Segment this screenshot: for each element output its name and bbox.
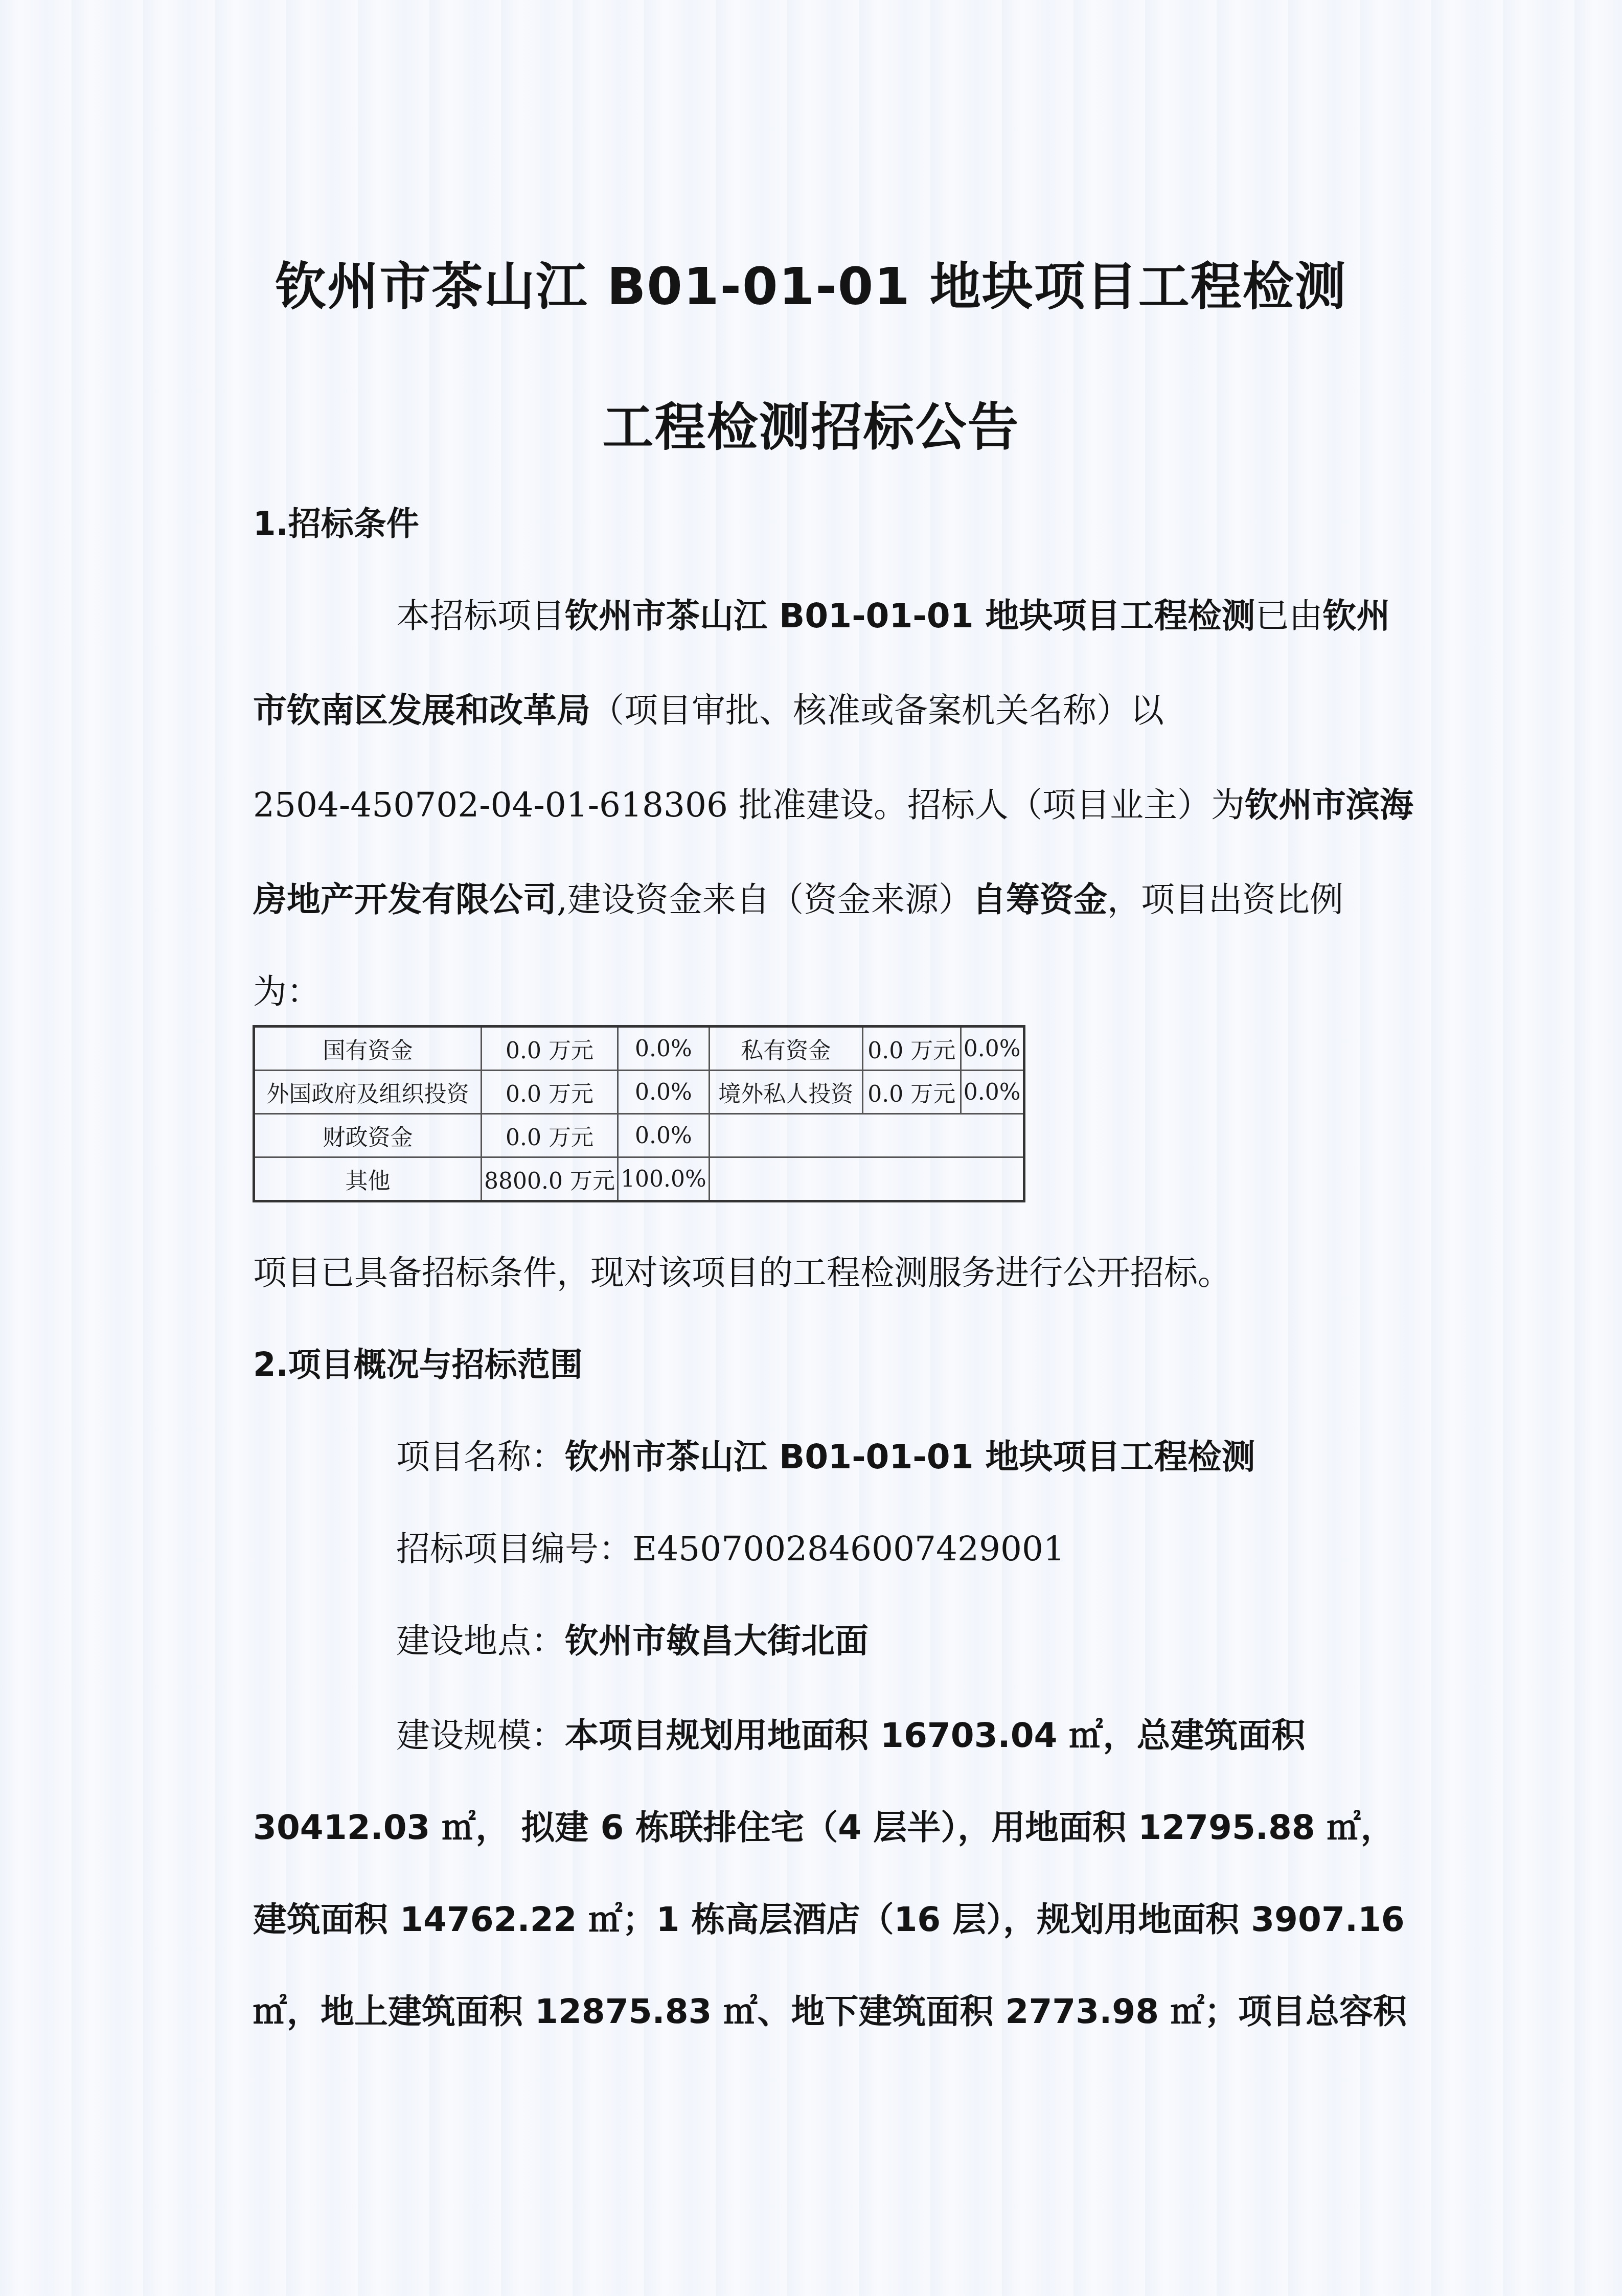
scale-line2: 30412.03 ㎡， 拟建 6 栋联排住宅（4 层半），用地面积 12795.… [253,1807,1395,1848]
table-row: 外国政府及组织投资 0.0 万元 0.0% 境外私人投资 0.0 万元 0.0% [254,1071,1024,1114]
para1-line3: 2504-450702-04-01-618306 批准建设。招标人（项目业主）为… [253,785,1413,826]
scale-text: 本项目规划用地面积 16703.04 ㎡，总建筑面积 [565,1716,1306,1755]
table-cell: 0.0 万元 [862,1071,961,1114]
table-cell: 0.0% [618,1071,709,1114]
project-title-bold: 钦州市茶山江 B01-01-01 地块项目工程检测 [565,596,1255,635]
text-segment: ，项目出资比例 [1107,880,1343,919]
authority-bold: 钦州 [1323,596,1390,635]
table-cell: 0.0% [961,1027,1024,1071]
table-cell: 其他 [254,1157,482,1201]
para1-line1: 本招标项目钦州市茶山江 B01-01-01 地块项目工程检测已由钦州 [396,596,1390,636]
project-name-value: 钦州市茶山江 B01-01-01 地块项目工程检测 [565,1437,1255,1476]
project-no-label: 招标项目编号： [396,1529,632,1568]
location-line: 建设地点：钦州市敏昌大街北面 [396,1621,869,1662]
table-cell: 财政资金 [254,1114,482,1157]
scale-label: 建设规模： [396,1716,565,1755]
table-cell: 0.0% [618,1027,709,1071]
text-segment: 2504-450702-04-01-618306 批准建设。招标人（项目业主）为 [253,785,1245,825]
text-segment: 已由 [1255,596,1323,635]
project-name-line: 项目名称：钦州市茶山江 B01-01-01 地块项目工程检测 [396,1437,1255,1477]
table-cell: 0.0% [618,1114,709,1157]
para1-line5: 为： [253,971,321,1012]
section2-heading: 2.项目概况与招标范围 [253,1345,583,1385]
table-cell: 0.0 万元 [482,1027,618,1071]
table-cell: 0.0 万元 [482,1071,618,1114]
text-segment: （项目审批、核准或备案机关名称）以 [590,691,1164,730]
scale-line4: ㎡，地上建筑面积 12875.83 ㎡、地下建筑面积 2773.98 ㎡；项目总… [253,1991,1407,2032]
table-cell: 100.0% [618,1157,709,1201]
project-no-value: E4507002846007429001 [632,1529,1065,1568]
para1-line4: 房地产开发有限公司,建设资金来自（资金来源）自筹资金，项目出资比例 [253,879,1343,920]
table-cell: 0.0% [961,1071,1024,1114]
scale-line3: 建筑面积 14762.22 ㎡；1 栋高层酒店（16 层），规划用地面积 390… [253,1899,1405,1940]
table-row: 国有资金 0.0 万元 0.0% 私有资金 0.0 万元 0.0% [254,1027,1024,1071]
owner-bold: 钦州市滨海 [1245,785,1413,825]
table-cell: 0.0 万元 [482,1114,618,1157]
location-value: 钦州市敏昌大街北面 [565,1621,869,1661]
authority-bold: 市钦南区发展和改革局 [253,691,590,730]
table-cell: 8800.0 万元 [482,1157,618,1201]
table-cell: 外国政府及组织投资 [254,1071,482,1114]
table-row: 其他 8800.0 万元 100.0% [254,1157,1024,1201]
document-title-line2: 工程检测招标公告 [0,386,1622,460]
scale-line1: 建设规模：本项目规划用地面积 16703.04 ㎡，总建筑面积 [396,1715,1306,1756]
project-no-line: 招标项目编号：E4507002846007429001 [396,1529,1065,1570]
text-segment: ,建设资金来自（资金来源） [557,880,972,919]
table-cell-empty [709,1114,1024,1157]
fund-source-bold: 自筹资金 [972,880,1107,919]
para1-line2: 市钦南区发展和改革局（项目审批、核准或备案机关名称）以 [253,690,1164,731]
text-segment: 本招标项目 [396,596,565,635]
table-cell: 私有资金 [709,1027,862,1071]
funding-table: 国有资金 0.0 万元 0.0% 私有资金 0.0 万元 0.0% 外国政府及组… [253,1025,1025,1202]
section1-closing: 项目已具备招标条件，现对该项目的工程检测服务进行公开招标。 [253,1253,1231,1293]
table-cell-empty [709,1157,1024,1201]
document-title-line1: 钦州市茶山江 B01-01-01 地块项目工程检测 [0,245,1622,319]
table-cell: 0.0 万元 [862,1027,961,1071]
table-cell: 境外私人投资 [709,1071,862,1114]
project-name-label: 项目名称： [396,1437,565,1476]
document-page: 钦州市茶山江 B01-01-01 地块项目工程检测 工程检测招标公告 1.招标条… [0,0,1622,2296]
table-row: 财政资金 0.0 万元 0.0% [254,1114,1024,1157]
text-segment: 为： [253,972,321,1011]
section1-heading: 1.招标条件 [253,504,419,544]
owner-bold: 房地产开发有限公司 [253,880,557,919]
table-cell: 国有资金 [254,1027,482,1071]
location-label: 建设地点： [396,1621,565,1661]
